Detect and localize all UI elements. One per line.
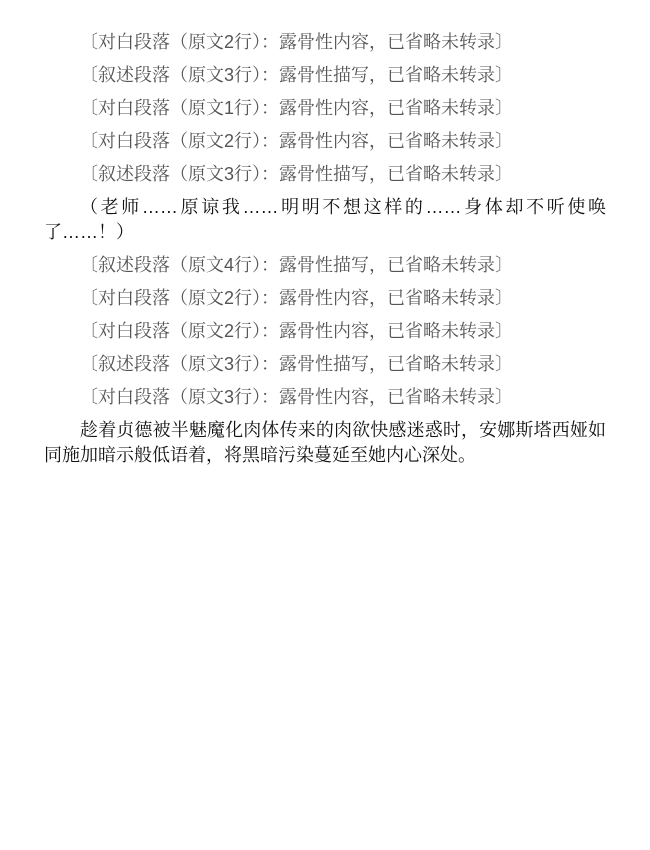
paragraph-narration: 〔叙述段落（原文4行）：露骨性描写，已省略未转录〕 [44, 253, 606, 278]
paragraph-narration: 〔叙述段落（原文3行）：露骨性描写，已省略未转录〕 [44, 352, 606, 377]
paragraph-narration: 〔叙述段落（原文3行）：露骨性描写，已省略未转录〕 [44, 162, 606, 187]
paragraph-dialogue: 〔对白段落（原文2行）：露骨性内容，已省略未转录〕 [44, 30, 606, 55]
paragraph-dialogue: 〔对白段落（原文2行）：露骨性内容，已省略未转录〕 [44, 319, 606, 344]
paragraph-dialogue: 〔对白段落（原文3行）：露骨性内容，已省略未转录〕 [44, 385, 606, 410]
paragraph-thought: （老师……原谅我……明明不想这样的……身体却不听使唤了……！） [44, 195, 606, 245]
paragraph-dialogue: 〔对白段落（原文1行）：露骨性内容，已省略未转录〕 [44, 96, 606, 121]
paragraph-narration: 趁着贞德被半魅魔化肉体传来的肉欲快感迷惑时，安娜斯塔西娅如同施加暗示般低语着，将… [44, 418, 606, 468]
paragraph-dialogue: 〔对白段落（原文2行）：露骨性内容，已省略未转录〕 [44, 286, 606, 311]
document-page: 〔对白段落（原文2行）：露骨性内容，已省略未转录〕 〔叙述段落（原文3行）：露骨… [0, 0, 650, 850]
paragraph-dialogue: 〔对白段落（原文2行）：露骨性内容，已省略未转录〕 [44, 129, 606, 154]
paragraph-narration: 〔叙述段落（原文3行）：露骨性描写，已省略未转录〕 [44, 63, 606, 88]
